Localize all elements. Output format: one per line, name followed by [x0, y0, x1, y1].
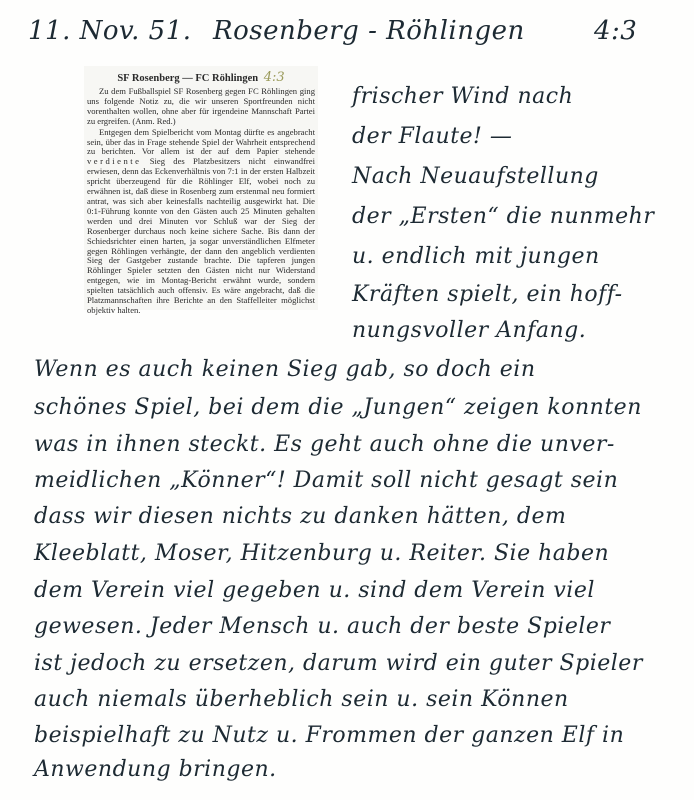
newspaper-clipping: SF Rosenberg — FC Röhlingen 4:3 Zu dem F…: [84, 66, 318, 310]
body-line: meidlichen „Könner“! Damit soll nicht ge…: [34, 468, 618, 493]
body-line: was in ihnen steckt. Es geht auch ohne d…: [34, 432, 615, 457]
body-line: auch niemals überheblich sein u. sein Kö…: [34, 687, 569, 712]
side-line: nungsvoller Anfang.: [352, 318, 586, 343]
clipping-article-emphasis: verdiente: [87, 156, 141, 166]
body-line: Kleeblatt, Moser, Hitzenburg u. Reiter. …: [34, 541, 609, 566]
body-line: gewesen. Jeder Mensch u. auch der beste …: [34, 614, 610, 639]
body-line: Wenn es auch keinen Sieg gab, so doch ei…: [34, 357, 536, 382]
page-heading: 11. Nov. 51. Rosenberg - Röhlingen 4:3: [28, 16, 668, 52]
clipping-body: Zu dem Fußballspiel SF Rosenberg gegen F…: [84, 85, 318, 316]
side-line: u. endlich mit jungen: [352, 244, 600, 269]
clipping-handwritten-score: 4:3: [264, 70, 285, 85]
clipping-title-row: SF Rosenberg — FC Röhlingen 4:3: [84, 70, 318, 85]
body-line: ist jedoch zu ersetzen, darum wird ein g…: [34, 651, 643, 676]
clipping-intro: Zu dem Fußballspiel SF Rosenberg gegen F…: [87, 87, 315, 127]
side-line: Nach Neuaufstellung: [352, 164, 599, 189]
clipping-article-rest: Sieg des Platzbesitzers nicht einwandfre…: [87, 156, 315, 315]
side-line: der „Ersten“ die nunmehr: [352, 204, 654, 229]
heading-date: 11. Nov. 51.: [28, 16, 192, 46]
heading-match: Rosenberg - Röhlingen: [213, 16, 525, 46]
side-line: Kräften spielt, ein hoff-: [352, 282, 623, 307]
body-line: beispielhaft zu Nutz u. Frommen der ganz…: [34, 723, 624, 748]
side-line: der Flaute! —: [352, 124, 512, 149]
clipping-title: SF Rosenberg — FC Röhlingen: [117, 73, 258, 84]
body-line: dass wir diesen nichts zu danken hätten,…: [34, 504, 566, 529]
body-line: schönes Spiel, bei dem die „Jungen“ zeig…: [34, 395, 642, 420]
clipping-article-start: Entgegen dem Spielbericht vom Montag dür…: [87, 127, 315, 157]
heading-score: 4:3: [594, 16, 637, 46]
body-line: Anwendung bringen.: [34, 757, 277, 782]
body-line: dem Verein viel gegeben u. sind dem Vere…: [34, 578, 595, 603]
scrapbook-page: 11. Nov. 51. Rosenberg - Röhlingen 4:3 S…: [0, 0, 694, 800]
side-line: frischer Wind nach: [352, 84, 573, 109]
clipping-article: Entgegen dem Spielbericht vom Montag dür…: [87, 128, 315, 316]
